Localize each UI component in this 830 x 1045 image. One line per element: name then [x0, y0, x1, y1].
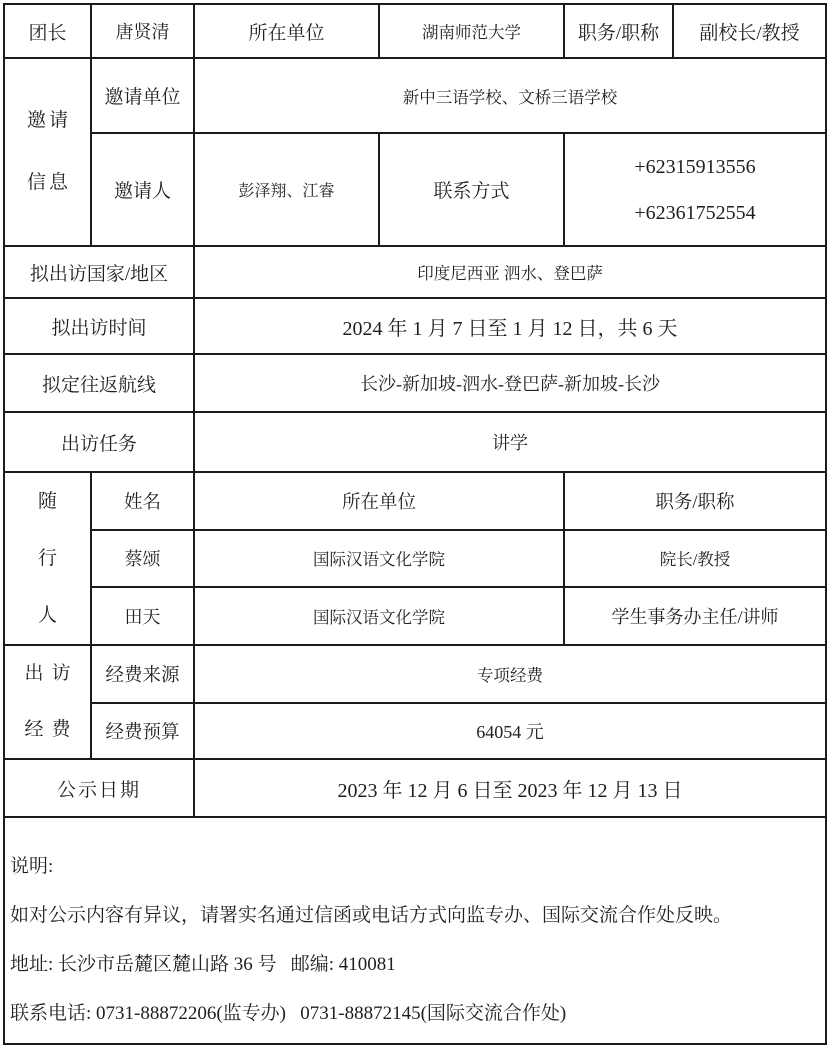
delegation-group-char2: 行: [38, 530, 57, 587]
member-title: 院长/教授: [564, 530, 826, 588]
member-unit: 国际汉语文化学院: [194, 587, 564, 645]
inviter-label: 邀请人: [91, 133, 194, 246]
visit-publicity-form: 团长 唐贤清 所在单位 湖南师范大学 职务/职称 副校长/教授 邀请 信息 邀请…: [0, 0, 830, 1045]
leader-unit-label: 所在单位: [194, 4, 379, 58]
notes-cell: 说明: 如对公示内容有异议，请署实名通过信函或电话方式向监专办、国际交流合作处反…: [4, 817, 826, 1044]
notes-address-line: 地址: 长沙市岳麓区麓山路 36 号 邮编: 410081: [10, 940, 819, 989]
invitation-unit-label: 邀请单位: [91, 58, 194, 133]
delegation-name-header: 姓名: [91, 472, 194, 530]
member-unit: 国际汉语文化学院: [194, 530, 564, 588]
notes-row: 说明: 如对公示内容有异议，请署实名通过信函或电话方式向监专办、国际交流合作处反…: [4, 817, 826, 1044]
notes-objection-line: 如对公示内容有异议，请署实名通过信函或电话方式向监专办、国际交流合作处反映。: [10, 891, 819, 940]
funding-source-value: 专项经费: [194, 645, 826, 703]
destination-row: 拟出访国家/地区 印度尼西亚 泗水、登巴萨: [4, 246, 826, 298]
delegation-member-row: 蔡颂 国际汉语文化学院 院长/教授: [4, 530, 826, 588]
invitation-group-label: 邀请 信息: [4, 58, 91, 246]
invitation-group-line1: 邀请: [24, 90, 71, 152]
delegation-unit-header: 所在单位: [194, 472, 564, 530]
delegation-header-row: 随 行 人 姓名 所在单位 职务/职称: [4, 472, 826, 530]
member-name: 田天: [91, 587, 194, 645]
leader-row: 团长 唐贤清 所在单位 湖南师范大学 职务/职称 副校长/教授: [4, 4, 826, 58]
trip-dates-label: 拟出访时间: [4, 298, 194, 354]
delegation-group-char3: 人: [38, 587, 57, 644]
leader-unit-value: 湖南师范大学: [379, 4, 564, 58]
inviter-row: 邀请人 彭泽翔、江睿 联系方式 +62315913556 +6236175255…: [4, 133, 826, 246]
budget-group-line1: 出访: [16, 646, 78, 702]
contact-label: 联系方式: [379, 133, 564, 246]
notes-heading: 说明:: [10, 842, 819, 891]
publicity-period-label: 公示日期: [4, 759, 194, 817]
mission-value: 讲学: [194, 412, 826, 472]
route-row: 拟定往返航线 长沙-新加坡-泗水-登巴萨-新加坡-长沙: [4, 354, 826, 412]
member-title: 学生事务办主任/讲师: [564, 587, 826, 645]
contact-phones-cell: +62315913556 +62361752554: [564, 133, 826, 246]
mission-label: 出访任务: [4, 412, 194, 472]
leader-title-value: 副校长/教授: [673, 4, 826, 58]
delegation-group-label: 随 行 人: [4, 472, 91, 645]
invitation-group-line2: 信息: [24, 152, 71, 214]
funding-source-row: 出访 经费 经费来源 专项经费: [4, 645, 826, 703]
funding-source-label: 经费来源: [91, 645, 194, 703]
invitation-unit-value: 新中三语学校、文桥三语学校: [194, 58, 826, 133]
contact-phone-2: +62361752554: [634, 190, 755, 236]
trip-dates-row: 拟出访时间 2024 年 1 月 7 日至 1 月 12 日，共 6 天: [4, 298, 826, 354]
publicity-period-row: 公示日期 2023 年 12 月 6 日至 2023 年 12 月 13 日: [4, 759, 826, 817]
notes-phones-line: 联系电话: 0731-88872206(监专办) 0731-88872145(国…: [10, 989, 819, 1038]
publicity-period-value: 2023 年 12 月 6 日至 2023 年 12 月 13 日: [194, 759, 826, 817]
delegation-group-char1: 随: [38, 473, 57, 530]
delegation-title-header: 职务/职称: [564, 472, 826, 530]
leader-title-label: 职务/职称: [564, 4, 673, 58]
budget-amount-row: 经费预算 64054 元: [4, 703, 826, 759]
budget-group-label: 出访 经费: [4, 645, 91, 759]
destination-value: 印度尼西亚 泗水、登巴萨: [194, 246, 826, 298]
route-label: 拟定往返航线: [4, 354, 194, 412]
inviter-value: 彭泽翔、江睿: [194, 133, 379, 246]
delegation-member-row: 田天 国际汉语文化学院 学生事务办主任/讲师: [4, 587, 826, 645]
budget-amount-label: 经费预算: [91, 703, 194, 759]
invitation-unit-row: 邀请 信息 邀请单位 新中三语学校、文桥三语学校: [4, 58, 826, 133]
contact-phone-block: +62315913556 +62361752554: [634, 144, 755, 236]
route-value: 长沙-新加坡-泗水-登巴萨-新加坡-长沙: [194, 354, 826, 412]
budget-group-line2: 经费: [16, 702, 78, 758]
budget-amount-value: 64054 元: [194, 703, 826, 759]
mission-row: 出访任务 讲学: [4, 412, 826, 472]
trip-dates-value: 2024 年 1 月 7 日至 1 月 12 日，共 6 天: [194, 298, 826, 354]
destination-label: 拟出访国家/地区: [4, 246, 194, 298]
leader-name: 唐贤清: [91, 4, 194, 58]
leader-label: 团长: [4, 4, 91, 58]
publicity-table: 团长 唐贤清 所在单位 湖南师范大学 职务/职称 副校长/教授 邀请 信息 邀请…: [3, 3, 827, 1045]
member-name: 蔡颂: [91, 530, 194, 588]
contact-phone-1: +62315913556: [634, 144, 755, 190]
